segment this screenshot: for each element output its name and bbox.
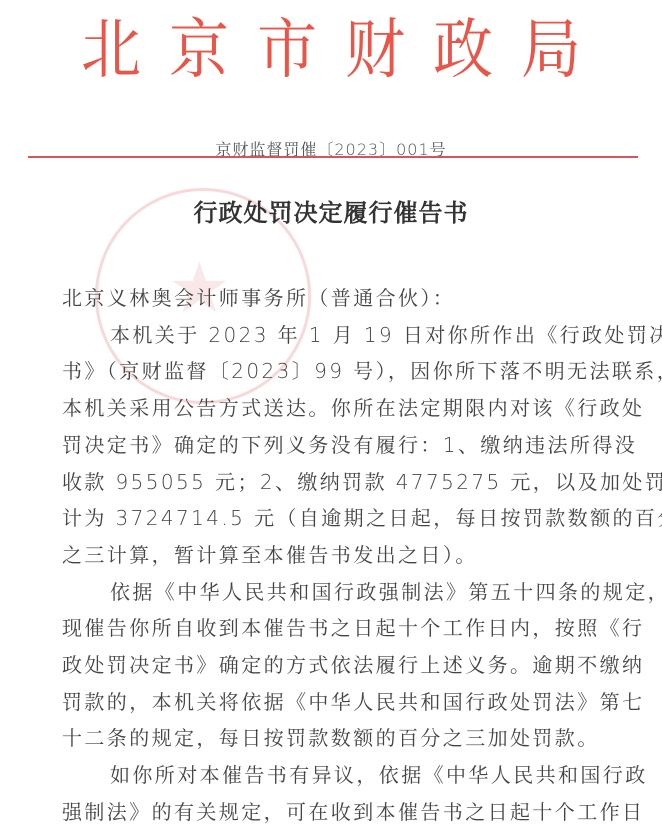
- letterhead-char: 财: [331, 9, 419, 91]
- body-line: 之三计算，暂计算至本催告书发出之日）。: [62, 537, 622, 574]
- letterhead-char: 市: [243, 9, 331, 91]
- letterhead-issuer: 北 京 市 财 政 局: [0, 12, 662, 88]
- letterhead-char: 政: [419, 9, 507, 91]
- document-body: 北京义林奥会计师事务所（普通合伙）： 本机关于 2023 年 1 月 19 日对…: [62, 280, 622, 831]
- letterhead-char: 局: [507, 9, 595, 91]
- body-line: 十二条的规定，每日按罚款数额的百分之三加处罚款。: [62, 720, 622, 757]
- document-title: 行政处罚决定履行催告书: [0, 193, 662, 228]
- body-line: 依据《中华人民共和国行政强制法》第五十四条的规定，: [62, 574, 622, 611]
- body-line: 本机关于 2023 年 1 月 19 日对你所作出《行政处罚决定: [62, 317, 622, 354]
- letterhead-char: 北: [67, 9, 155, 91]
- body-line: 本机关采用公告方式送达。你所在法定期限内对该《行政处: [62, 390, 622, 427]
- body-line: 计为 3724714.5 元（自逾期之日起，每日按罚款数额的百分: [62, 500, 622, 537]
- body-line: 政处罚决定书》确定的方式依法履行上述义务。逾期不缴纳: [62, 647, 622, 684]
- letterhead-char: 京: [155, 9, 243, 91]
- body-line: 罚款的，本机关将依据《中华人民共和国行政处罚法》第七: [62, 684, 622, 721]
- body-line: 强制法》的有关规定，可在收到本催告书之日起十个工作日: [62, 794, 622, 831]
- body-line: 如你所对本催告书有异议，依据《中华人民共和国行政: [62, 757, 622, 794]
- body-line: 罚决定书》确定的下列义务没有履行：1、缴纳违法所得没: [62, 427, 622, 464]
- body-line: 书》（京财监督〔2023〕99 号），因你所下落不明无法联系，: [62, 353, 622, 390]
- body-line: 收款 955055 元；2、缴纳罚款 4775275 元，以及加处罚款暂: [62, 464, 622, 501]
- body-line: 现催告你所自收到本催告书之日起十个工作日内，按照《行: [62, 610, 622, 647]
- red-divider-line: [28, 156, 638, 158]
- addressee: 北京义林奥会计师事务所（普通合伙）：: [62, 280, 622, 317]
